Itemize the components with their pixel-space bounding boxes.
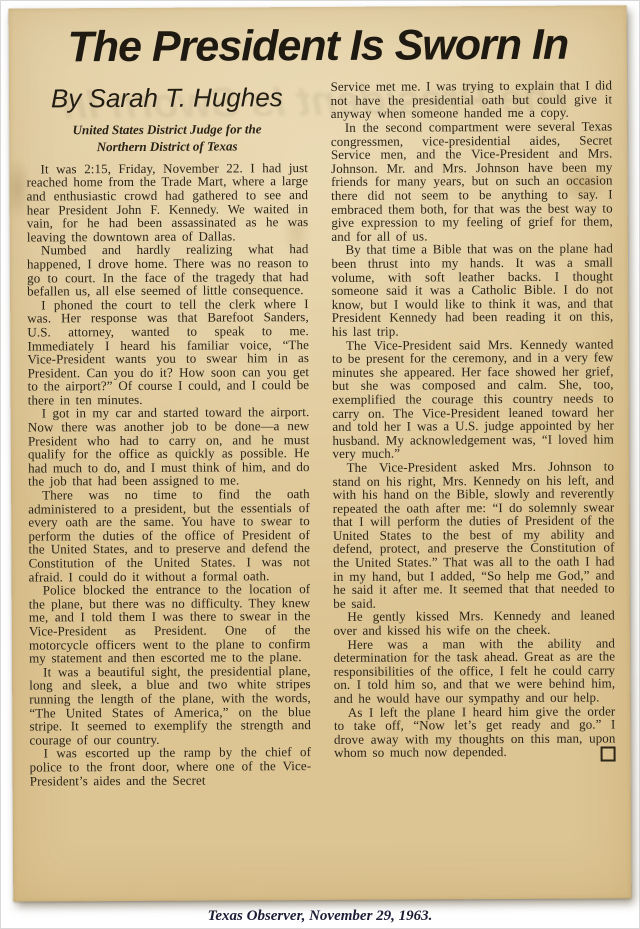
paragraph: The Vice-President asked Mrs. Johnson to… (333, 459, 615, 610)
paragraph: Police blocked the entrance to the locat… (29, 582, 311, 665)
paragraph: The Vice-President said Mrs. Kennedy wan… (332, 337, 614, 461)
left-column: By Sarah T. Hughes United States Distric… (26, 80, 311, 787)
paragraph: He gently kissed Mrs. Kennedy and leaned… (333, 609, 615, 638)
source-caption: Texas Observer, November 29, 1963. (0, 908, 640, 925)
paragraph-with-endmark: As I left the plane I heard him give the… (334, 704, 616, 760)
right-column: Service met me. I was trying to explain … (331, 79, 616, 786)
paragraph: It was 2:15, Friday, November 22. I had … (26, 161, 308, 244)
paragraph: It was a beautiful sight, the presidenti… (29, 664, 311, 747)
paragraph: Service met me. I was trying to explain … (331, 79, 613, 121)
byline-subtitle: United States District Judge for the Nor… (26, 121, 308, 155)
paragraph: I phoned the court to tell the clerk whe… (27, 297, 309, 407)
screenshot-root: The President Is Sworn In The President … (0, 0, 640, 929)
paragraph: Numbed and hardly realizing what had hap… (27, 242, 309, 298)
paragraph: I was escorted up the ramp by the chief … (30, 745, 312, 787)
paragraph: There was no time to find the oath admin… (28, 487, 310, 584)
paragraph: By that time a Bible that was on the pla… (331, 242, 613, 339)
scanned-page: The President Is Sworn In The President … (9, 5, 632, 901)
article-columns: By Sarah T. Hughes United States Distric… (9, 69, 631, 788)
paragraph-text: As I left the plane I heard him give the… (334, 703, 616, 760)
paragraph: In the second compartment were several T… (331, 120, 613, 244)
byline-subtitle-line2: Northern District of Texas (97, 138, 238, 154)
byline-subtitle-line1: United States District Judge for the (73, 122, 262, 138)
byline-block: By Sarah T. Hughes United States Distric… (26, 82, 308, 155)
end-of-article-icon (601, 747, 616, 762)
paragraph: I got in my car and started toward the a… (28, 406, 310, 489)
byline: By Sarah T. Hughes (26, 82, 308, 114)
paragraph: Here was a man with the ability and dete… (333, 636, 615, 705)
article-title: The President Is Sworn In (15, 21, 621, 71)
